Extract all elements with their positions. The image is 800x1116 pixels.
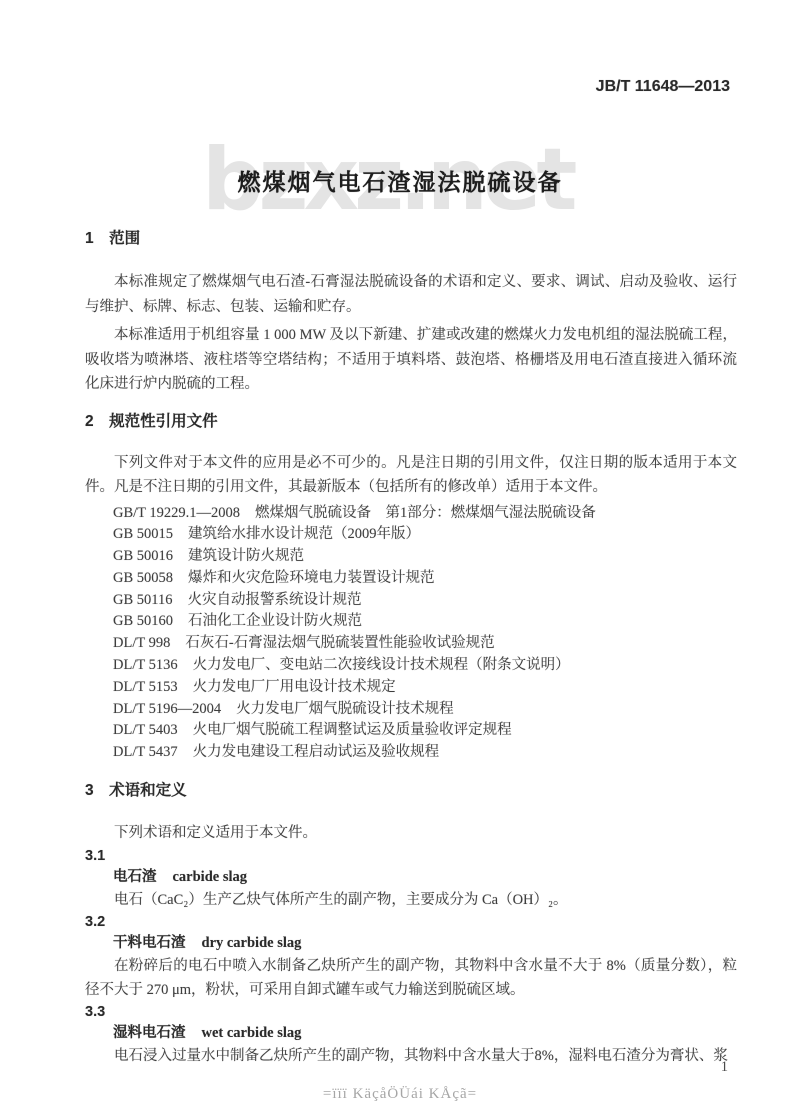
reference-code: DL/T 5196—2004: [113, 699, 221, 721]
terms-intro: 下列术语和定义适用于本文件。: [85, 821, 737, 846]
footer-watermark: =ïïï KäçåÖÜái KÅçã=: [0, 1086, 800, 1103]
section-heading-scope: 1 范围: [85, 228, 737, 250]
reference-code: GB 50160: [113, 611, 173, 633]
reference-title: 火力发电建设工程启动试运及验收规程: [193, 742, 440, 764]
term-name-chinese: 干料电石渣: [113, 935, 186, 951]
reference-item: DL/T 5403火电厂烟气脱硫工程调整试运及质量验收评定规程: [113, 720, 737, 742]
references-intro: 下列文件对于本文件的应用是必不可少的。凡是注日期的引用文件，仅注日期的版本适用于…: [85, 451, 737, 500]
term-line: 干料电石渣dry carbide slag: [85, 933, 737, 954]
reference-title: 爆炸和火灾危险环境电力装置设计规范: [188, 568, 435, 590]
term-number: 3.3: [85, 1002, 737, 1023]
reference-item: GB 50016建筑设计防火规范: [113, 546, 737, 568]
section-heading-terms: 3 术语和定义: [85, 780, 737, 802]
term-number: 3.2: [85, 912, 737, 933]
term-definition: 电石（CaC₂）生产乙炔气体所产生的副产物，主要成分为 Ca（OH）₂。: [85, 888, 737, 912]
reference-code: DL/T 998: [113, 633, 170, 655]
reference-code: DL/T 5403: [113, 720, 178, 742]
term-entry: 3.1电石渣carbide slag电石（CaC₂）生产乙炔气体所产生的副产物，…: [85, 846, 737, 912]
reference-title: 火电厂烟气脱硫工程调整试运及质量验收评定规程: [193, 720, 512, 742]
term-definition: 电石浸入过量水中制备乙炔所产生的副产物，其物料中含水量大于8%，湿料电石渣分为膏…: [85, 1044, 737, 1068]
reference-code: GB 50016: [113, 546, 173, 568]
reference-title: 石油化工企业设计防火规范: [188, 611, 362, 633]
document-page: bzxz.net JB/T 11648—2013 燃煤烟气电石渣湿法脱硫设备 1…: [0, 0, 800, 1116]
reference-code: GB/T 19229.1—2008: [113, 503, 240, 525]
reference-code: GB 50015: [113, 524, 173, 546]
reference-item: DL/T 5437火力发电建设工程启动试运及验收规程: [113, 742, 737, 764]
reference-title: 建筑给水排水设计规范（2009年版）: [188, 524, 420, 546]
reference-item: GB 50058爆炸和火灾危险环境电力装置设计规范: [113, 568, 737, 590]
scope-paragraph: 本标准适用于机组容量 1 000 MW 及以下新建、扩建或改建的燃煤火力发电机组…: [85, 323, 737, 397]
reference-item: GB 50015建筑给水排水设计规范（2009年版）: [113, 524, 737, 546]
reference-code: GB 50116: [113, 590, 172, 612]
reference-code: DL/T 5136: [113, 655, 178, 677]
reference-code: GB 50058: [113, 568, 173, 590]
scope-paragraph: 本标准规定了燃煤烟气电石渣-石膏湿法脱硫设备的术语和定义、要求、调试、启动及验收…: [85, 270, 737, 319]
reference-title: 燃煤烟气脱硫设备 第1部分：燃煤烟气湿法脱硫设备: [255, 503, 596, 525]
page-number: 1: [721, 1059, 728, 1076]
term-number: 3.1: [85, 846, 737, 867]
reference-item: DL/T 5196—2004火力发电厂烟气脱硫设计技术规程: [113, 699, 737, 721]
term-line: 电石渣carbide slag: [85, 867, 737, 888]
term-entry: 3.3湿料电石渣wet carbide slag电石浸入过量水中制备乙炔所产生的…: [85, 1002, 737, 1068]
reference-code: DL/T 5153: [113, 677, 178, 699]
reference-title: 石灰石-石膏湿法烟气脱硫装置性能验收试验规范: [185, 633, 494, 655]
term-definition: 在粉碎后的电石中喷入水制备乙炔所产生的副产物，其物料中含水量不大于 8%（质量分…: [85, 954, 737, 1002]
reference-item: GB 50116火灾自动报警系统设计规范: [113, 590, 737, 612]
term-line: 湿料电石渣wet carbide slag: [85, 1023, 737, 1044]
reference-title: 火灾自动报警系统设计规范: [187, 590, 361, 612]
reference-title: 火力发电厂烟气脱硫设计技术规程: [236, 699, 454, 721]
reference-item: GB/T 19229.1—2008燃煤烟气脱硫设备 第1部分：燃煤烟气湿法脱硫设…: [113, 503, 737, 525]
reference-title: 建筑设计防火规范: [188, 546, 304, 568]
term-list: 3.1电石渣carbide slag电石（CaC₂）生产乙炔气体所产生的副产物，…: [85, 846, 737, 1068]
term-name-english: wet carbide slag: [202, 1025, 302, 1041]
reference-title: 火力发电厂厂用电设计技术规定: [193, 677, 396, 699]
section-heading-references: 2 规范性引用文件: [85, 411, 737, 433]
term-name-english: carbide slag: [173, 869, 248, 885]
page-title: 燃煤烟气电石渣湿法脱硫设备: [0, 164, 800, 197]
reference-list: GB/T 19229.1—2008燃煤烟气脱硫设备 第1部分：燃煤烟气湿法脱硫设…: [85, 503, 737, 765]
reference-code: DL/T 5437: [113, 742, 178, 764]
reference-title: 火力发电厂、变电站二次接线设计技术规程（附条文说明）: [193, 655, 570, 677]
term-name-chinese: 湿料电石渣: [113, 1025, 186, 1041]
standard-number: JB/T 11648—2013: [596, 78, 730, 96]
reference-item: DL/T 5136火力发电厂、变电站二次接线设计技术规程（附条文说明）: [113, 655, 737, 677]
term-entry: 3.2干料电石渣dry carbide slag在粉碎后的电石中喷入水制备乙炔所…: [85, 912, 737, 1002]
reference-item: DL/T 998石灰石-石膏湿法烟气脱硫装置性能验收试验规范: [113, 633, 737, 655]
reference-item: GB 50160石油化工企业设计防火规范: [113, 611, 737, 633]
document-content: 1 范围 本标准规定了燃煤烟气电石渣-石膏湿法脱硫设备的术语和定义、要求、调试、…: [85, 228, 737, 1068]
reference-item: DL/T 5153火力发电厂厂用电设计技术规定: [113, 677, 737, 699]
term-name-chinese: 电石渣: [113, 869, 157, 885]
term-name-english: dry carbide slag: [202, 935, 302, 951]
